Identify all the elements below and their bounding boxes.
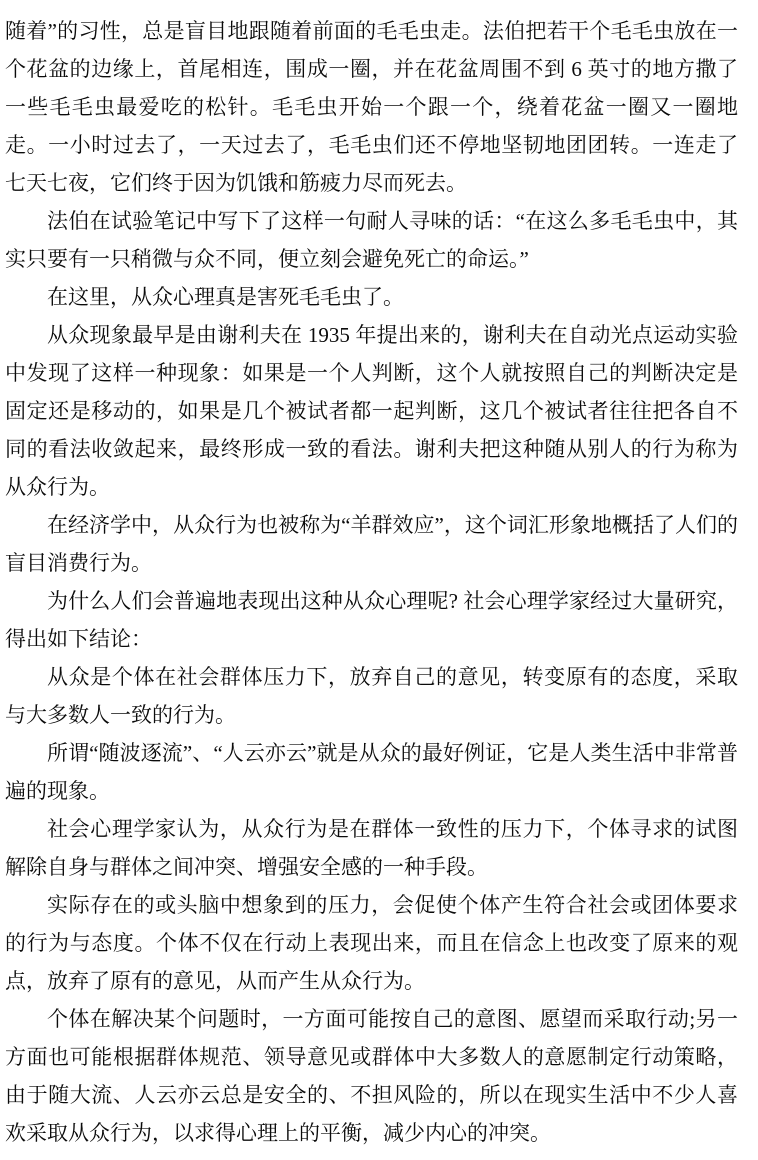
paragraph-why-conformity-question: 为什么人们会普遍地表现出这种从众心理呢? 社会心理学家经过大量研究，得出如下结论…: [5, 582, 738, 658]
paragraph-pressure-effects: 实际存在的或头脑中想象到的压力，会促使个体产生符合社会或团体要求的行为与态度。个…: [5, 886, 738, 1000]
paragraph-go-with-the-flow-examples: 所谓“随波逐流”、“人云亦云”就是从众的最好例证，它是人类生活中非常普遍的现象。: [5, 734, 738, 810]
paragraph-sherif-1935: 从众现象最早是由谢利夫在 1935 年提出来的，谢利夫在自动光点运动实验中发现了…: [5, 316, 738, 506]
paragraph-conformity-killed-caterpillars: 在这里，从众心理真是害死毛毛虫了。: [5, 278, 738, 316]
document-page: 随着”的习性，总是盲目地跟随着前面的毛毛虫走。法伯把若干个毛毛虫放在一个花盆的边…: [0, 0, 758, 1160]
paragraph-individual-decision-making: 个体在解决某个问题时，一方面可能按自己的意图、愿望而采取行动;另一方面也可能根据…: [5, 1000, 738, 1152]
paragraph-fabre-note: 法伯在试验笔记中写下了这样一句耐人寻味的话：“在这么多毛毛虫中，其实只要有一只稍…: [5, 202, 738, 278]
paragraph-psychologists-view: 社会心理学家认为，从众行为是在群体一致性的压力下，个体寻求的试图解除自身与群体之…: [5, 810, 738, 886]
paragraph-herd-effect-economics: 在经济学中，从众行为也被称为“羊群效应”，这个词汇形象地概括了人们的盲目消费行为…: [5, 506, 738, 582]
paragraph-conformity-definition: 从众是个体在社会群体压力下，放弃自己的意见，转变原有的态度，采取与大多数人一致的…: [5, 658, 738, 734]
paragraph-caterpillar-experiment-continuation: 随着”的习性，总是盲目地跟随着前面的毛毛虫走。法伯把若干个毛毛虫放在一个花盆的边…: [5, 12, 738, 202]
